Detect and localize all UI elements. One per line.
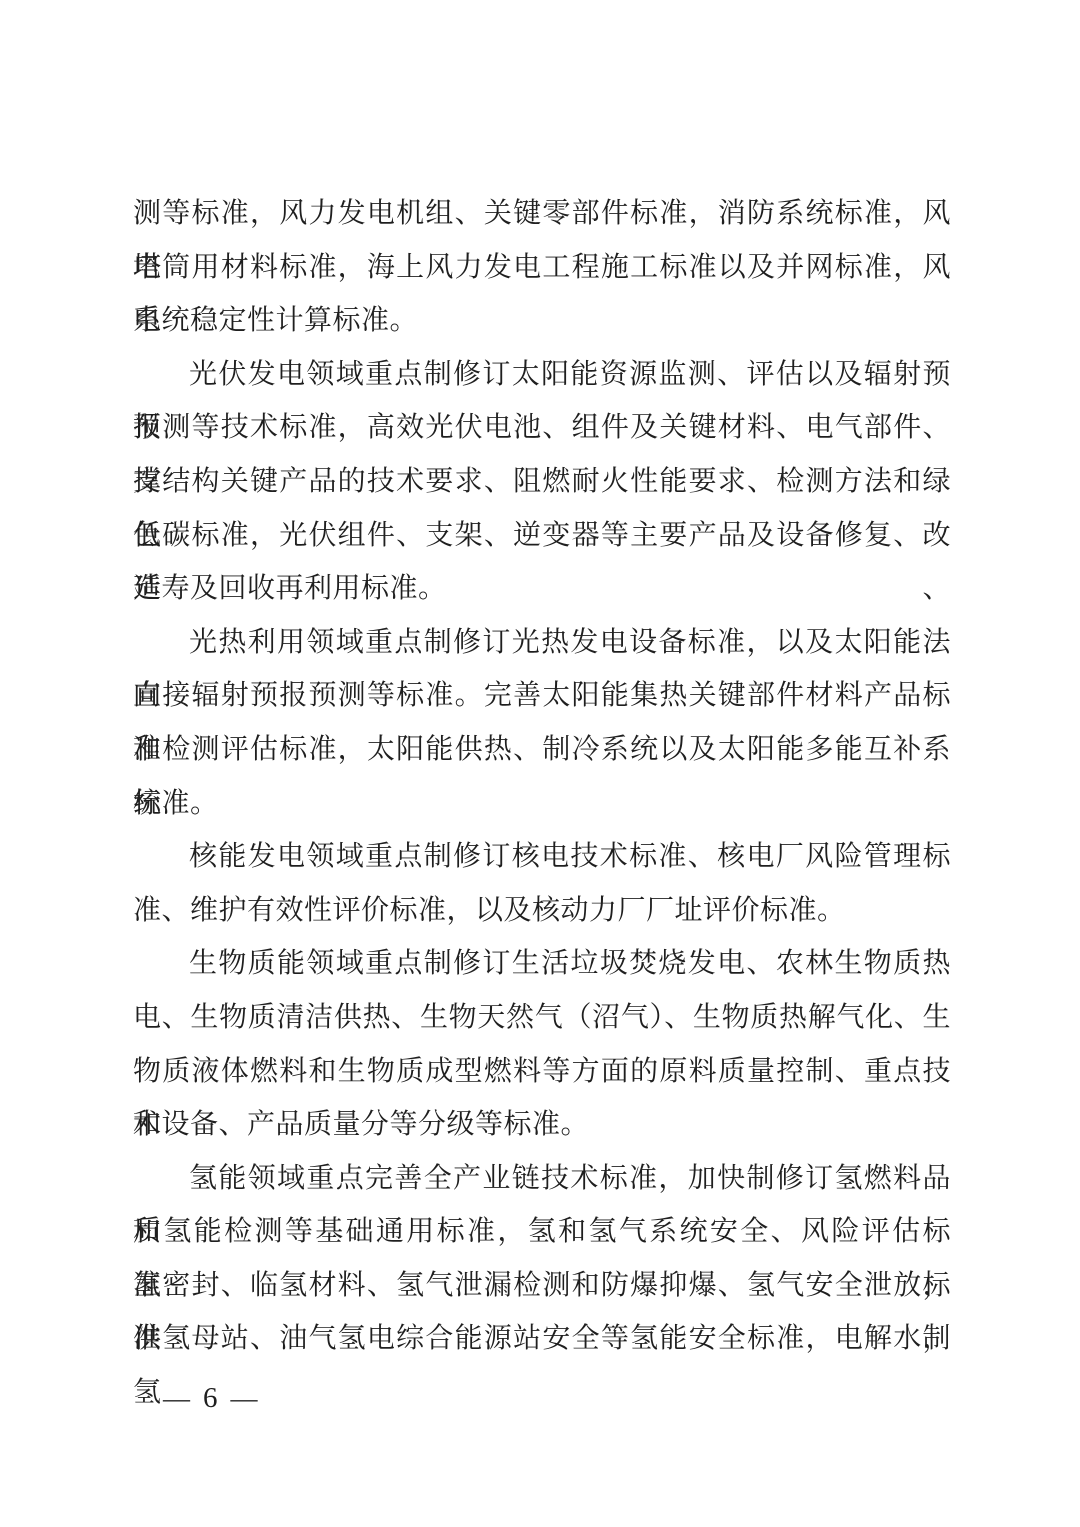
text-line: 氢能领域重点完善全产业链技术标准，加快制修订氢燃料品质 — [133, 1152, 951, 1206]
paragraph-nuclear-power: 核能发电领域重点制修订核电技术标准、核电厂风险管理标 准、维护有效性评价标准，以… — [133, 830, 951, 937]
page-number: 6 — [203, 1383, 218, 1413]
page-footer: — 6 — — [163, 1383, 258, 1413]
text-line: 标准。 — [133, 777, 951, 831]
text-line: 氢密封、临氢材料、氢气泄漏检测和防爆抑爆、氢气安全泄放标准， — [133, 1259, 951, 1313]
paragraph-wind-power-continuation: 测等标准，风力发电机组、关键零部件标准，消防系统标准，风电 塔筒用材料标准，海上… — [133, 187, 951, 348]
paragraph-hydrogen-energy: 氢能领域重点完善全产业链技术标准，加快制修订氢燃料品质 和氢能检测等基础通用标准… — [133, 1152, 951, 1366]
footer-dash-left: — — [163, 1383, 190, 1413]
text-line: 准、维护有效性评价标准，以及核动力厂厂址评价标准。 — [133, 884, 951, 938]
text-line: 系统稳定性计算标准。 — [133, 294, 951, 348]
text-line: 光热利用领域重点制修订光热发电设备标准，以及太阳能法向 — [133, 616, 951, 670]
document-body: 测等标准，风力发电机组、关键零部件标准，消防系统标准，风电 塔筒用材料标准，海上… — [133, 187, 951, 1366]
text-line: 生物质能领域重点制修订生活垃圾焚烧发电、农林生物质热 — [133, 937, 951, 991]
text-line: 预测等技术标准，高效光伏电池、组件及关键材料、电气部件、支 — [133, 401, 951, 455]
text-line: 光伏发电领域重点制修订太阳能资源监测、评估以及辐射预报 — [133, 348, 951, 402]
text-line: 电、生物质清洁供热、生物天然气（沼气）、生物质热解气化、生 — [133, 991, 951, 1045]
text-line: 供氢母站、油气氢电综合能源站安全等氢能安全标准，电解水制氢 — [133, 1312, 951, 1366]
text-line: 和设备、产品质量分等分级等标准。 — [133, 1098, 951, 1152]
text-line: 塔筒用材料标准，海上风力发电工程施工标准以及并网标准，风电 — [133, 241, 951, 295]
text-line: 核能发电领域重点制修订核电技术标准、核电厂风险管理标 — [133, 830, 951, 884]
paragraph-solar-pv: 光伏发电领域重点制修订太阳能资源监测、评估以及辐射预报 预测等技术标准，高效光伏… — [133, 348, 951, 616]
paragraph-biomass-energy: 生物质能领域重点制修订生活垃圾焚烧发电、农林生物质热 电、生物质清洁供热、生物天… — [133, 937, 951, 1151]
footer-dash-right: — — [231, 1383, 258, 1413]
text-line: 物质液体燃料和生物质成型燃料等方面的原料质量控制、重点技术 — [133, 1045, 951, 1099]
document-page: 测等标准，风力发电机组、关键零部件标准，消防系统标准，风电 塔筒用材料标准，海上… — [0, 0, 1080, 1527]
text-line: 测等标准，风力发电机组、关键零部件标准，消防系统标准，风电 — [133, 187, 951, 241]
text-line: 低碳标准，光伏组件、支架、逆变器等主要产品及设备修复、改造、 — [133, 509, 951, 563]
text-line: 直接辐射预报预测等标准。完善太阳能集热关键部件材料产品标准 — [133, 669, 951, 723]
text-line: 和氢能检测等基础通用标准，氢和氢气系统安全、风险评估标准， — [133, 1205, 951, 1259]
text-line: 撑结构关键产品的技术要求、阻燃耐火性能要求、检测方法和绿色 — [133, 455, 951, 509]
text-line: 和检测评估标准，太阳能供热、制冷系统以及太阳能多能互补系统 — [133, 723, 951, 777]
paragraph-solar-thermal: 光热利用领域重点制修订光热发电设备标准，以及太阳能法向 直接辐射预报预测等标准。… — [133, 616, 951, 830]
